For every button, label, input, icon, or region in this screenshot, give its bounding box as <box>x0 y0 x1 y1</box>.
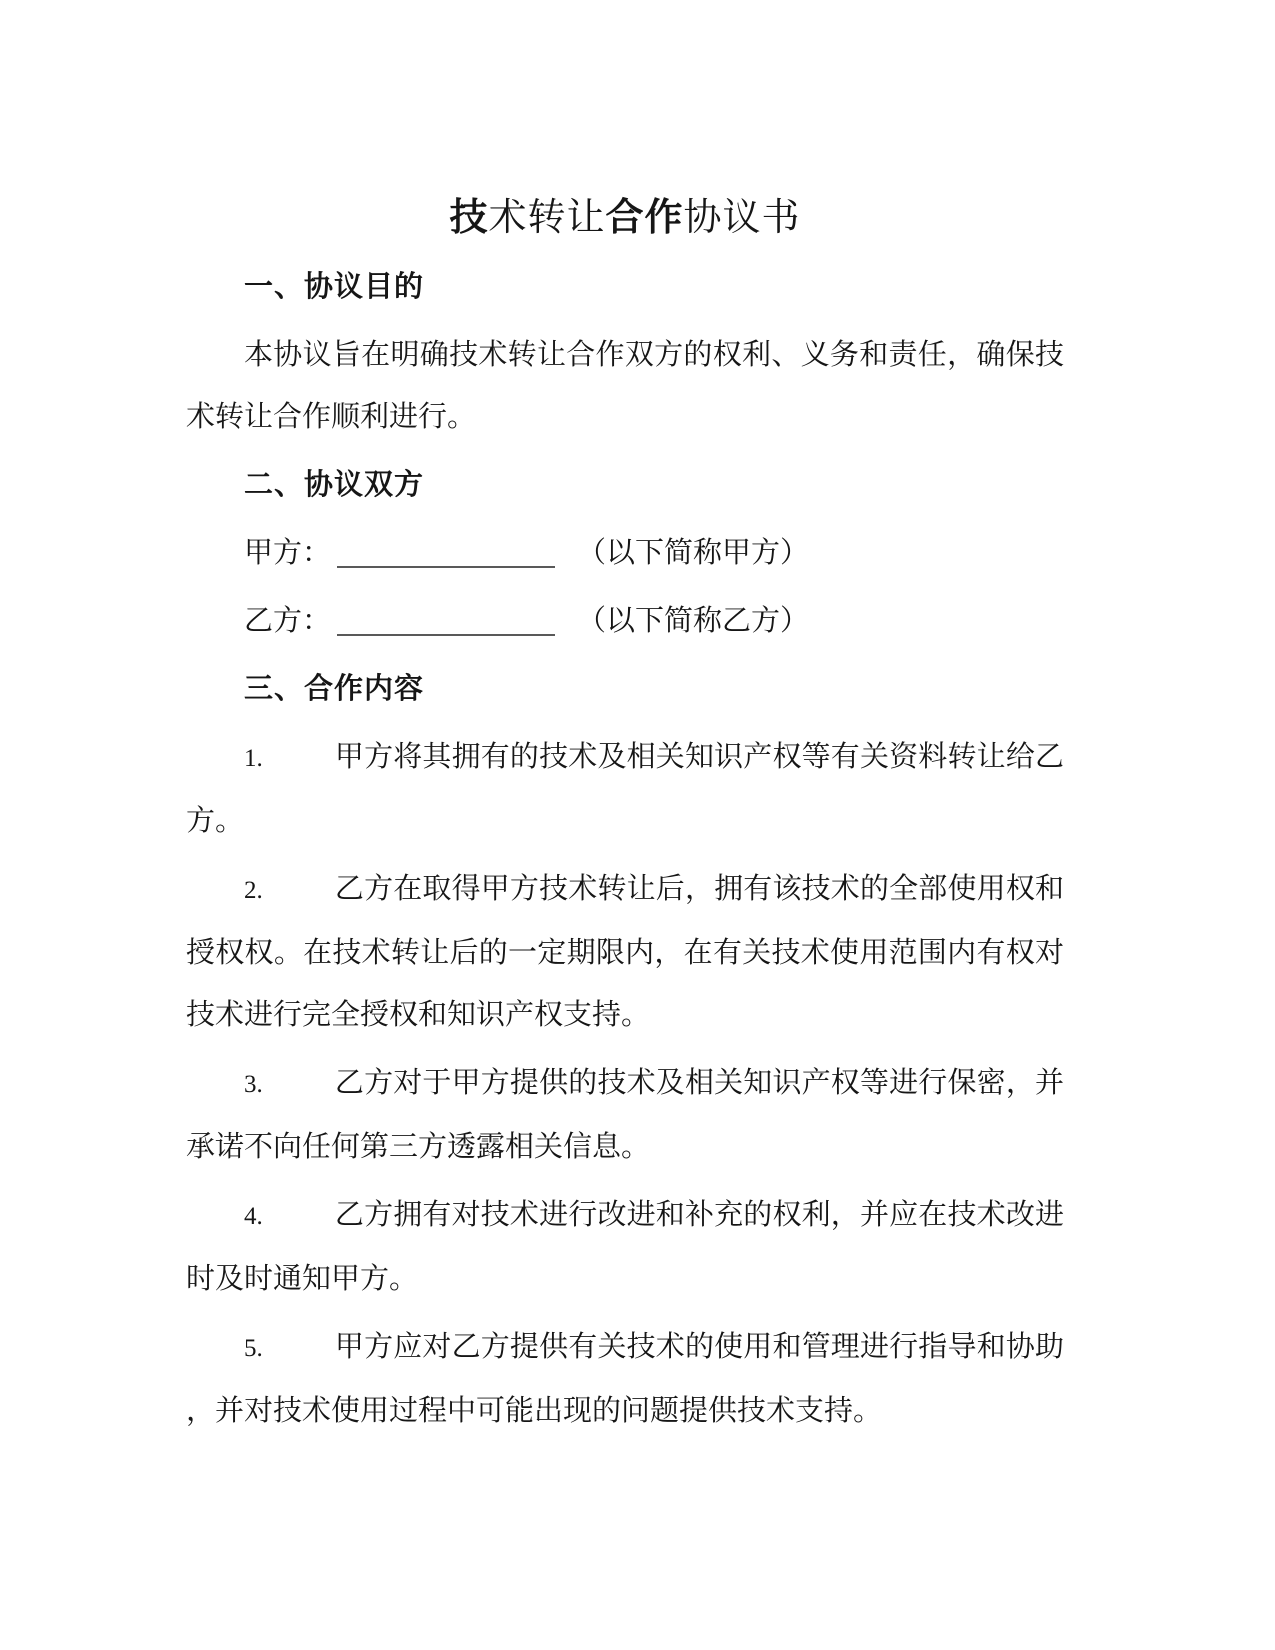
party-line-b: 乙方：（以下简称乙方） <box>186 590 1064 652</box>
section-heading-cooperation: 三、合作内容 <box>186 658 1064 720</box>
clause-text-4: 乙方拥有对技术进行改进和补充的权利，并应在技术改进时及时通知甲方。 <box>186 1199 1064 1295</box>
party-b-note: （以下简称乙方） <box>577 605 809 637</box>
document-page: 技术转让合作协议书 一、协议目的 本协议旨在明确技术转让合作双方的权利、义务和责… <box>0 0 1275 1650</box>
party-b-fill-in-blank <box>337 600 555 636</box>
title-segment-regular-1: 术转让 <box>488 197 605 239</box>
clause-text-1: 甲方将其拥有的技术及相关知识产权等有关资料转让给乙方。 <box>186 741 1064 837</box>
clause-item-5: 5.甲方应对乙方提供有关技术的使用和管理进行指导和协助，并对技术使用过程中可能出… <box>186 1316 1064 1442</box>
paragraph-purpose: 本协议旨在明确技术转让合作双方的权利、义务和责任，确保技术转让合作顺利进行。 <box>186 324 1064 448</box>
party-b-label: 乙方： <box>244 605 331 637</box>
clause-text-2: 乙方在取得甲方技术转让后，拥有该技术的全部使用权和授权权。在技术转让后的一定期限… <box>186 873 1064 1031</box>
party-line-a: 甲方：（以下简称甲方） <box>186 522 1064 584</box>
title-segment-regular-2: 协议书 <box>684 197 801 239</box>
document-content: 技术转让合作协议书 一、协议目的 本协议旨在明确技术转让合作双方的权利、义务和责… <box>186 190 1064 1448</box>
clause-number-2: 2. <box>244 877 263 904</box>
clause-item-1: 1.甲方将其拥有的技术及相关知识产权等有关资料转让给乙方。 <box>186 726 1064 852</box>
clause-text-3: 乙方对于甲方提供的技术及相关知识产权等进行保密，并承诺不向任何第三方透露相关信息… <box>186 1067 1064 1163</box>
party-a-label: 甲方： <box>244 537 331 569</box>
clause-number-5: 5. <box>244 1335 263 1362</box>
clause-number-1: 1. <box>244 745 263 772</box>
party-a-note: （以下简称甲方） <box>577 537 809 569</box>
document-title: 技术转让合作协议书 <box>186 190 1064 246</box>
clause-number-4: 4. <box>244 1203 263 1230</box>
title-segment-bold-1: 技 <box>449 197 488 239</box>
section-heading-parties: 二、协议双方 <box>186 454 1064 516</box>
party-a-fill-in-blank <box>337 532 555 568</box>
clause-item-4: 4.乙方拥有对技术进行改进和补充的权利，并应在技术改进时及时通知甲方。 <box>186 1184 1064 1310</box>
title-segment-bold-2: 合作 <box>606 197 684 239</box>
section-heading-purpose: 一、协议目的 <box>186 256 1064 318</box>
clause-number-3: 3. <box>244 1071 263 1098</box>
clause-item-2: 2.乙方在取得甲方技术转让后，拥有该技术的全部使用权和授权权。在技术转让后的一定… <box>186 858 1064 1046</box>
clause-item-3: 3.乙方对于甲方提供的技术及相关知识产权等进行保密，并承诺不向任何第三方透露相关… <box>186 1052 1064 1178</box>
clause-text-5: 甲方应对乙方提供有关技术的使用和管理进行指导和协助，并对技术使用过程中可能出现的… <box>186 1331 1064 1427</box>
